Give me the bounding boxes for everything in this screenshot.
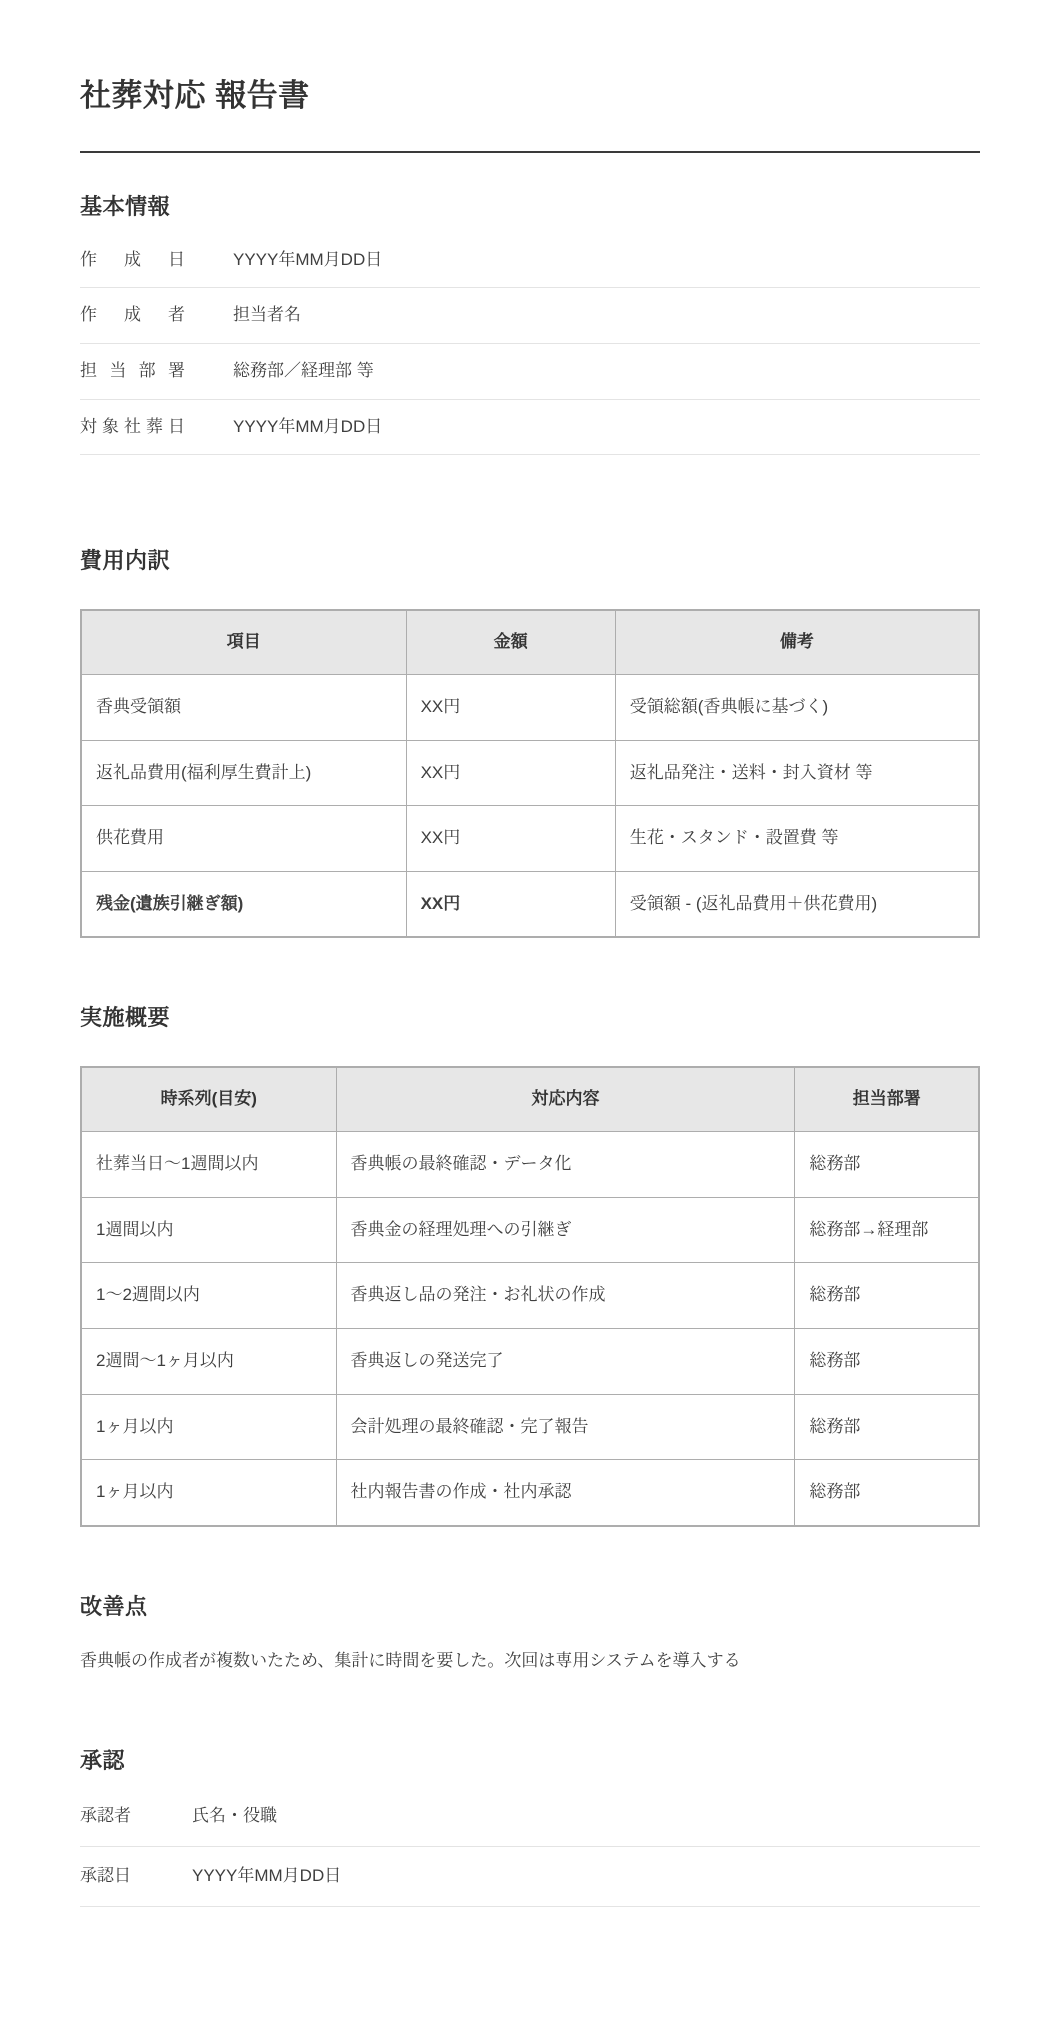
table-cell: 香典受領額 <box>81 674 406 740</box>
field-value: YYYY年MM月DD日 <box>233 417 382 436</box>
table-header-cell: 備考 <box>615 610 979 674</box>
approval-list: 承認者氏名・役職承認日YYYY年MM月DD日 <box>80 1787 980 1906</box>
table-cell: 受領総額(香典帳に基づく) <box>615 674 979 740</box>
improvements-heading: 改善点 <box>80 1591 980 1623</box>
field-label: 承認者 <box>80 1804 192 1829</box>
section-improvements: 改善点 香典帳の作成者が複数いたため、集計に時間を要した。次回は専用システムを導… <box>80 1591 980 1674</box>
cost-breakdown-table: 項目金額備考香典受領額XX円受領総額(香典帳に基づく)返礼品費用(福利厚生費計上… <box>80 609 980 938</box>
table-cell: XX円 <box>406 871 615 937</box>
approval-heading: 承認 <box>80 1745 980 1777</box>
table-cell: 総務部 <box>795 1263 979 1329</box>
field-label: 作成日 <box>80 248 185 273</box>
field-row: 対象社葬日YYYY年MM月DD日 <box>80 400 980 456</box>
table-cell: XX円 <box>406 740 615 806</box>
field-row: 作成日YYYY年MM月DD日 <box>80 233 980 289</box>
table-row: 供花費用XX円生花・スタンド・設置費 等 <box>81 806 979 872</box>
table-cell: 社葬当日〜1週間以内 <box>81 1132 336 1198</box>
table-cell: XX円 <box>406 806 615 872</box>
table-cell: 供花費用 <box>81 806 406 872</box>
basic-info-heading: 基本情報 <box>80 191 980 223</box>
field-label: 対象社葬日 <box>80 415 185 440</box>
table-cell: 香典帳の最終確認・データ化 <box>336 1132 795 1198</box>
table-cell: 総務部 <box>795 1460 979 1526</box>
table-cell: 社内報告書の作成・社内承認 <box>336 1460 795 1526</box>
section-basic-info: 基本情報 作成日YYYY年MM月DD日作成者担当者名担当部署総務部／経理部 等対… <box>80 191 980 455</box>
implementation-heading: 実施概要 <box>80 1002 980 1034</box>
table-cell: 返礼品費用(福利厚生費計上) <box>81 740 406 806</box>
table-header-row: 時系列(目安)対応内容担当部署 <box>81 1067 979 1131</box>
field-row: 作成者担当者名 <box>80 288 980 344</box>
field-label: 承認日 <box>80 1864 192 1889</box>
field-value: 総務部／経理部 等 <box>233 361 374 380</box>
table-row: 香典受領額XX円受領総額(香典帳に基づく) <box>81 674 979 740</box>
table-header-row: 項目金額備考 <box>81 610 979 674</box>
table-cell: 残金(遺族引継ぎ額) <box>81 871 406 937</box>
table-row: 返礼品費用(福利厚生費計上)XX円返礼品発注・送料・封入資材 等 <box>81 740 979 806</box>
section-approval: 承認 承認者氏名・役職承認日YYYY年MM月DD日 <box>80 1745 980 1906</box>
table-cell: 会計処理の最終確認・完了報告 <box>336 1394 795 1460</box>
table-header-cell: 項目 <box>81 610 406 674</box>
table-cell: 2週間〜1ヶ月以内 <box>81 1328 336 1394</box>
table-cell: 生花・スタンド・設置費 等 <box>615 806 979 872</box>
table-row: 1ヶ月以内社内報告書の作成・社内承認総務部 <box>81 1460 979 1526</box>
table-header-cell: 対応内容 <box>336 1067 795 1131</box>
page-title: 社葬対応 報告書 <box>80 74 980 119</box>
cost-breakdown-heading: 費用内訳 <box>80 545 980 577</box>
table-cell: 1週間以内 <box>81 1197 336 1263</box>
field-value: YYYY年MM月DD日 <box>192 1866 341 1885</box>
table-row: 社葬当日〜1週間以内香典帳の最終確認・データ化総務部 <box>81 1132 979 1198</box>
improvements-text: 香典帳の作成者が複数いたため、集計に時間を要した。次回は専用システムを導入する <box>80 1649 980 1674</box>
table-cell: 香典返し品の発注・お礼状の作成 <box>336 1263 795 1329</box>
table-row: 2週間〜1ヶ月以内香典返しの発送完了総務部 <box>81 1328 979 1394</box>
table-cell: 総務部 <box>795 1394 979 1460</box>
report-page: 社葬対応 報告書 基本情報 作成日YYYY年MM月DD日作成者担当者名担当部署総… <box>0 0 1060 1987</box>
basic-info-list: 作成日YYYY年MM月DD日作成者担当者名担当部署総務部／経理部 等対象社葬日Y… <box>80 233 980 456</box>
table-cell: 香典返しの発送完了 <box>336 1328 795 1394</box>
table-cell: 総務部 <box>795 1328 979 1394</box>
table-row: 残金(遺族引継ぎ額)XX円受領額 - (返礼品費用＋供花費用) <box>81 871 979 937</box>
title-divider <box>80 151 980 153</box>
table-cell: 受領額 - (返礼品費用＋供花費用) <box>615 871 979 937</box>
table-header-cell: 担当部署 <box>795 1067 979 1131</box>
table-header-cell: 時系列(目安) <box>81 1067 336 1131</box>
table-cell: 1ヶ月以内 <box>81 1394 336 1460</box>
table-cell: 総務部→経理部 <box>795 1197 979 1263</box>
table-cell: 返礼品発注・送料・封入資材 等 <box>615 740 979 806</box>
field-value: YYYY年MM月DD日 <box>233 250 382 269</box>
table-cell: 香典金の経理処理への引継ぎ <box>336 1197 795 1263</box>
field-value: 氏名・役職 <box>192 1806 277 1825</box>
table-row: 1週間以内香典金の経理処理への引継ぎ総務部→経理部 <box>81 1197 979 1263</box>
section-cost-breakdown: 費用内訳 項目金額備考香典受領額XX円受領総額(香典帳に基づく)返礼品費用(福利… <box>80 545 980 938</box>
implementation-table: 時系列(目安)対応内容担当部署社葬当日〜1週間以内香典帳の最終確認・データ化総務… <box>80 1066 980 1526</box>
field-label: 担当部署 <box>80 359 185 384</box>
table-cell: 総務部 <box>795 1132 979 1198</box>
table-row: 1ヶ月以内会計処理の最終確認・完了報告総務部 <box>81 1394 979 1460</box>
table-cell: 1ヶ月以内 <box>81 1460 336 1526</box>
table-cell: 1〜2週間以内 <box>81 1263 336 1329</box>
field-label: 作成者 <box>80 303 185 328</box>
field-row: 担当部署総務部／経理部 等 <box>80 344 980 400</box>
table-header-cell: 金額 <box>406 610 615 674</box>
field-row: 承認日YYYY年MM月DD日 <box>80 1847 980 1907</box>
field-row: 承認者氏名・役職 <box>80 1787 980 1847</box>
field-value: 担当者名 <box>233 305 301 324</box>
table-row: 1〜2週間以内香典返し品の発注・お礼状の作成総務部 <box>81 1263 979 1329</box>
table-cell: XX円 <box>406 674 615 740</box>
section-implementation: 実施概要 時系列(目安)対応内容担当部署社葬当日〜1週間以内香典帳の最終確認・デ… <box>80 1002 980 1526</box>
